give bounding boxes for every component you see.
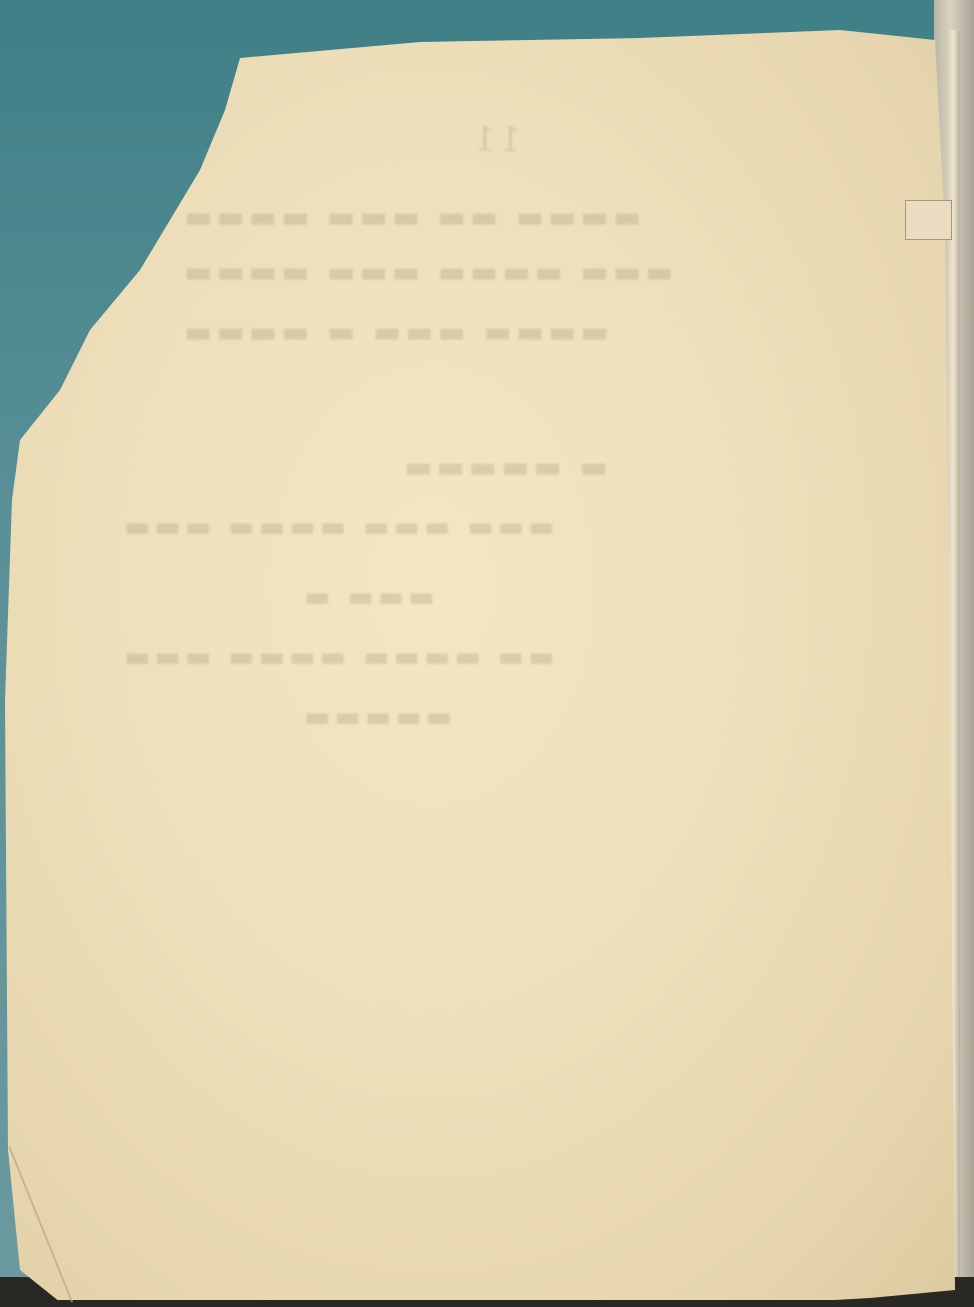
bleed-line: ▬ ▬▬▬▬▬	[400, 450, 608, 485]
bleed-line: ▬▬▬ ▬▬▬ ▬▬▬▬ ▬▬▬	[120, 510, 555, 543]
page-number-bleed: 11	[470, 120, 521, 160]
bleed-line: ▬▬▬▬▬	[300, 700, 452, 733]
torn-paper-tab	[905, 200, 952, 240]
bleed-line: ▬▬ ▬▬▬▬ ▬▬▬▬ ▬▬▬	[120, 640, 555, 673]
bleed-line: ▬▬▬▬ ▬▬▬ ▬ ▬▬▬▬	[180, 315, 609, 350]
bleed-line: ▬▬▬ ▬	[300, 580, 435, 613]
bleed-line: ▬▬▬▬ ▬▬ ▬▬▬ ▬▬▬▬	[180, 200, 641, 235]
book-page: 11 ▬▬▬▬ ▬▬ ▬▬▬ ▬▬▬▬ ▬▬▬ ▬▬▬▬ ▬▬▬ ▬▬▬▬ ▬▬…	[0, 0, 960, 1300]
bleed-line: ▬▬▬ ▬▬▬▬ ▬▬▬ ▬▬▬▬	[180, 255, 673, 290]
